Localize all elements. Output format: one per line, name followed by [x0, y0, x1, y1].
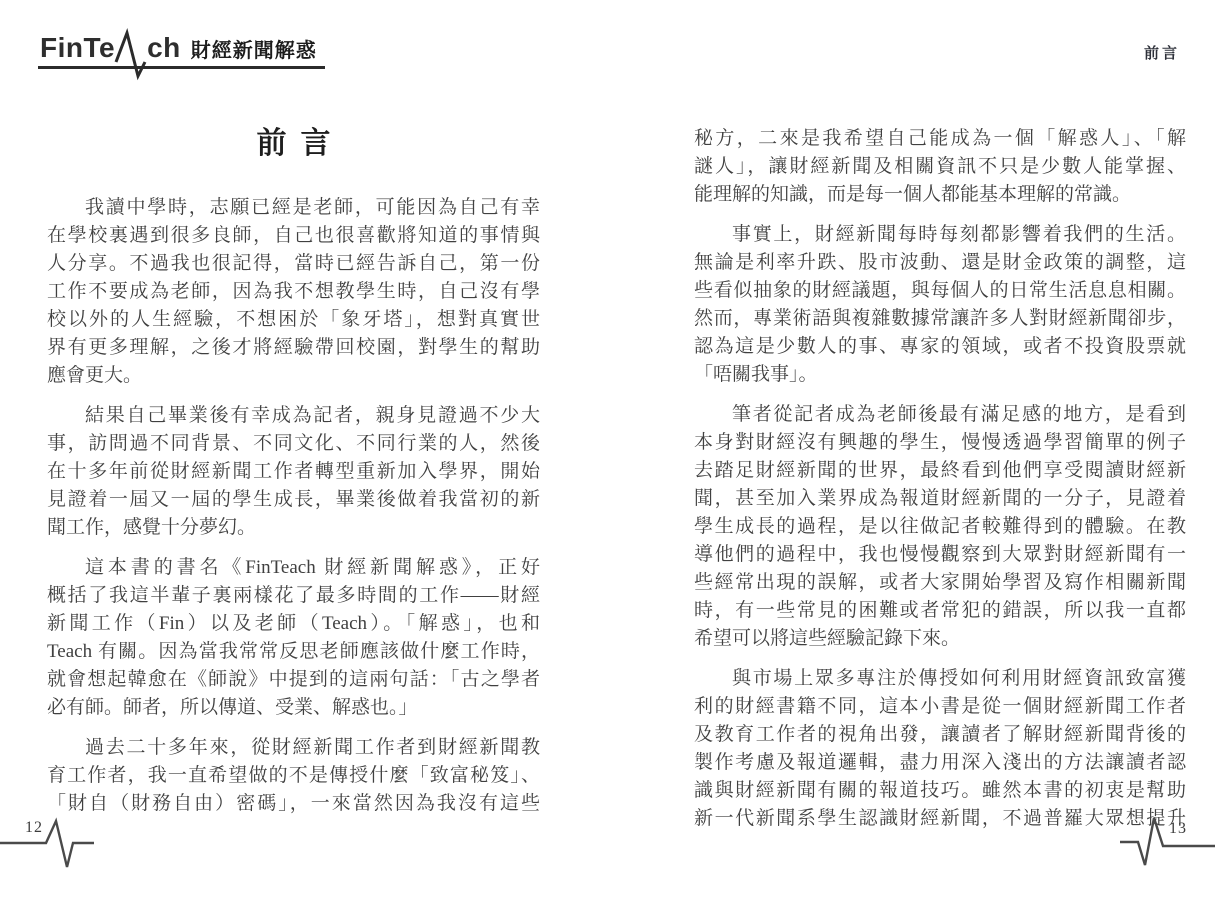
- text-line: 在十多年前從財經新聞工作者轉型重新加入學界，開始: [47, 458, 540, 486]
- book-logo: FinTe ch 財經新聞解惑: [38, 34, 325, 69]
- text-line: 筆者從記者成為老師後最有滿足感的地方，是看到: [694, 401, 1186, 429]
- text-line: 新聞工作（Fin）以及老師（Teach）。「解惑」，也和: [47, 610, 540, 638]
- text-line: 然而，專業術語與複雜數據常讓許多人對財經新聞卻步，: [694, 305, 1186, 333]
- text-line: 及教育工作者的視角出發，讓讀者了解財經新聞背後的: [694, 721, 1186, 749]
- text-line: 識與財經新聞有關的報道技巧。雖然本書的初衷是幫助: [694, 777, 1186, 805]
- text-line: 我讀中學時，志願已經是老師，可能因為自己有幸: [47, 194, 540, 222]
- paragraph: 我讀中學時，志願已經是老師，可能因為自己有幸在學校裏遇到很多良師，自己也很喜歡將…: [47, 194, 540, 390]
- ecg-line-left-icon: [0, 810, 110, 880]
- left-page-column: 前言 我讀中學時，志願已經是老師，可能因為自己有幸在學校裏遇到很多良師，自己也很…: [47, 124, 540, 818]
- text-line: 事實上，財經新聞每時每刻都影響着我們的生活。: [694, 221, 1186, 249]
- logo-chinese-title: 財經新聞解惑: [191, 40, 317, 62]
- text-line: 與市場上眾多專注於傳授如何利用財經資訊致富獲: [694, 665, 1186, 693]
- paragraph: 結果自己畢業後有幸成為記者，親身見證過不少大事，訪問過不同背景、不同文化、不同行…: [47, 402, 540, 542]
- text-line: 界有更多理解，之後才將經驗帶回校園，對學生的幫助: [47, 334, 540, 362]
- text-line: 去踏足財經新聞的世界，最終看到他們享受閱讀財經新: [694, 457, 1186, 485]
- text-line: 聞，甚至加入業界成為報道財經新聞的一分子，見證着: [694, 485, 1186, 513]
- text-line: 見證着一屆又一屆的學生成長，畢業後做着我當初的新: [47, 486, 540, 514]
- text-line: 必有師。師者，所以傳道、受業、解惑也。」: [47, 694, 540, 722]
- right-page-body: 秘方，二來是我希望自己能成為一個「解惑人」、「解謎人」，讓財經新聞及相關資訊不只…: [694, 125, 1186, 833]
- text-line: 校以外的人生經驗，不想困於「象牙塔」，想對真實世: [47, 306, 540, 334]
- text-line: 應會更大。: [47, 362, 540, 390]
- text-line: 希望可以將這些經驗記錄下來。: [694, 625, 1186, 653]
- text-line: 謎人」，讓財經新聞及相關資訊不只是少數人能掌握、: [694, 153, 1186, 181]
- paragraph: 這本書的書名《FinTeach 財經新聞解惑》，正好概括了我這半輩子裏兩樣花了最…: [47, 554, 540, 722]
- logo-latin-post: ch: [147, 34, 181, 62]
- text-line: 導他們的過程中，我也慢慢觀察到大眾對財經新聞有一: [694, 541, 1186, 569]
- text-line: 聞工作，感覺十分夢幻。: [47, 514, 540, 542]
- text-line: 認為這是少數人的事、專家的領域，或者不投資股票就: [694, 333, 1186, 361]
- book-spread: FinTe ch 財經新聞解惑 前言 前言 我讀中學時，志願已經是老師，可能因為…: [0, 0, 1215, 906]
- text-line: 事，訪問過不同背景、不同文化、不同行業的人，然後: [47, 430, 540, 458]
- text-line: Teach 有關。因為當我常常反思老師應該做什麼工作時，: [47, 638, 540, 666]
- text-line: 些經常出現的誤解，或者大家開始學習及寫作相關新聞: [694, 569, 1186, 597]
- ecg-spike-icon: [115, 34, 147, 62]
- text-line: 無論是利率升跌、股市波動、還是財金政策的調整，這: [694, 249, 1186, 277]
- text-line: 人分享。不過我也很記得，當時已經告訴自己，第一份: [47, 250, 540, 278]
- text-line: 「財自（財務自由）密碼」，一來當然因為我沒有這些: [47, 790, 540, 818]
- text-line: 學生成長的過程，是以往做記者較難得到的體驗。在教: [694, 513, 1186, 541]
- logo-latin-pre: FinTe: [40, 34, 115, 62]
- text-line: 能理解的知識，而是每一個人都能基本理解的常識。: [694, 181, 1186, 209]
- text-line: 在學校裏遇到很多良師，自己也很喜歡將知道的事情與: [47, 222, 540, 250]
- left-page-body: 我讀中學時，志願已經是老師，可能因為自己有幸在學校裏遇到很多良師，自己也很喜歡將…: [47, 194, 540, 818]
- ecg-line-right-icon: [1105, 806, 1215, 876]
- text-line: 結果自己畢業後有幸成為記者，親身見證過不少大: [47, 402, 540, 430]
- paragraph: 事實上，財經新聞每時每刻都影響着我們的生活。無論是利率升跌、股市波動、還是財金政…: [694, 221, 1186, 389]
- text-line: 利的財經書籍不同，這本小書是從一個財經新聞工作者: [694, 693, 1186, 721]
- text-line: 些看似抽象的財經議題，與每個人的日常生活息息相關。: [694, 277, 1186, 305]
- page-title: 前言: [47, 124, 540, 164]
- paragraph: 秘方，二來是我希望自己能成為一個「解惑人」、「解謎人」，讓財經新聞及相關資訊不只…: [694, 125, 1186, 209]
- text-line: 過去二十多年來，從財經新聞工作者到財經新聞教: [47, 734, 540, 762]
- text-line: 本身對財經沒有興趣的學生，慢慢透過學習簡單的例子: [694, 429, 1186, 457]
- paragraph: 過去二十多年來，從財經新聞工作者到財經新聞教育工作者，我一直希望做的不是傳授什麼…: [47, 734, 540, 818]
- page-number-right: 13: [1169, 820, 1187, 838]
- text-line: 就會想起韓愈在《師說》中提到的這兩句話：「古之學者: [47, 666, 540, 694]
- text-line: 時，有一些常見的困難或者常犯的錯誤，所以我一直都: [694, 597, 1186, 625]
- running-head: 前言: [1144, 42, 1180, 63]
- text-line: 這本書的書名《FinTeach 財經新聞解惑》，正好: [47, 554, 540, 582]
- ecg-spike-icon: [115, 31, 147, 79]
- text-line: 概括了我這半輩子裏兩樣花了最多時間的工作——財經: [47, 582, 540, 610]
- text-line: 製作考慮及報道邏輯，盡力用深入淺出的方法讓讀者認: [694, 749, 1186, 777]
- page-number-left: 12: [25, 819, 43, 837]
- right-page-column: 秘方，二來是我希望自己能成為一個「解惑人」、「解謎人」，讓財經新聞及相關資訊不只…: [694, 125, 1186, 833]
- paragraph: 筆者從記者成為老師後最有滿足感的地方，是看到本身對財經沒有興趣的學生，慢慢透過學…: [694, 401, 1186, 653]
- text-line: 秘方，二來是我希望自己能成為一個「解惑人」、「解: [694, 125, 1186, 153]
- text-line: 育工作者，我一直希望做的不是傳授什麼「致富秘笈」、: [47, 762, 540, 790]
- text-line: 「唔關我事」。: [694, 361, 1186, 389]
- text-line: 工作不要成為老師，因為我不想教學生時，自己沒有學: [47, 278, 540, 306]
